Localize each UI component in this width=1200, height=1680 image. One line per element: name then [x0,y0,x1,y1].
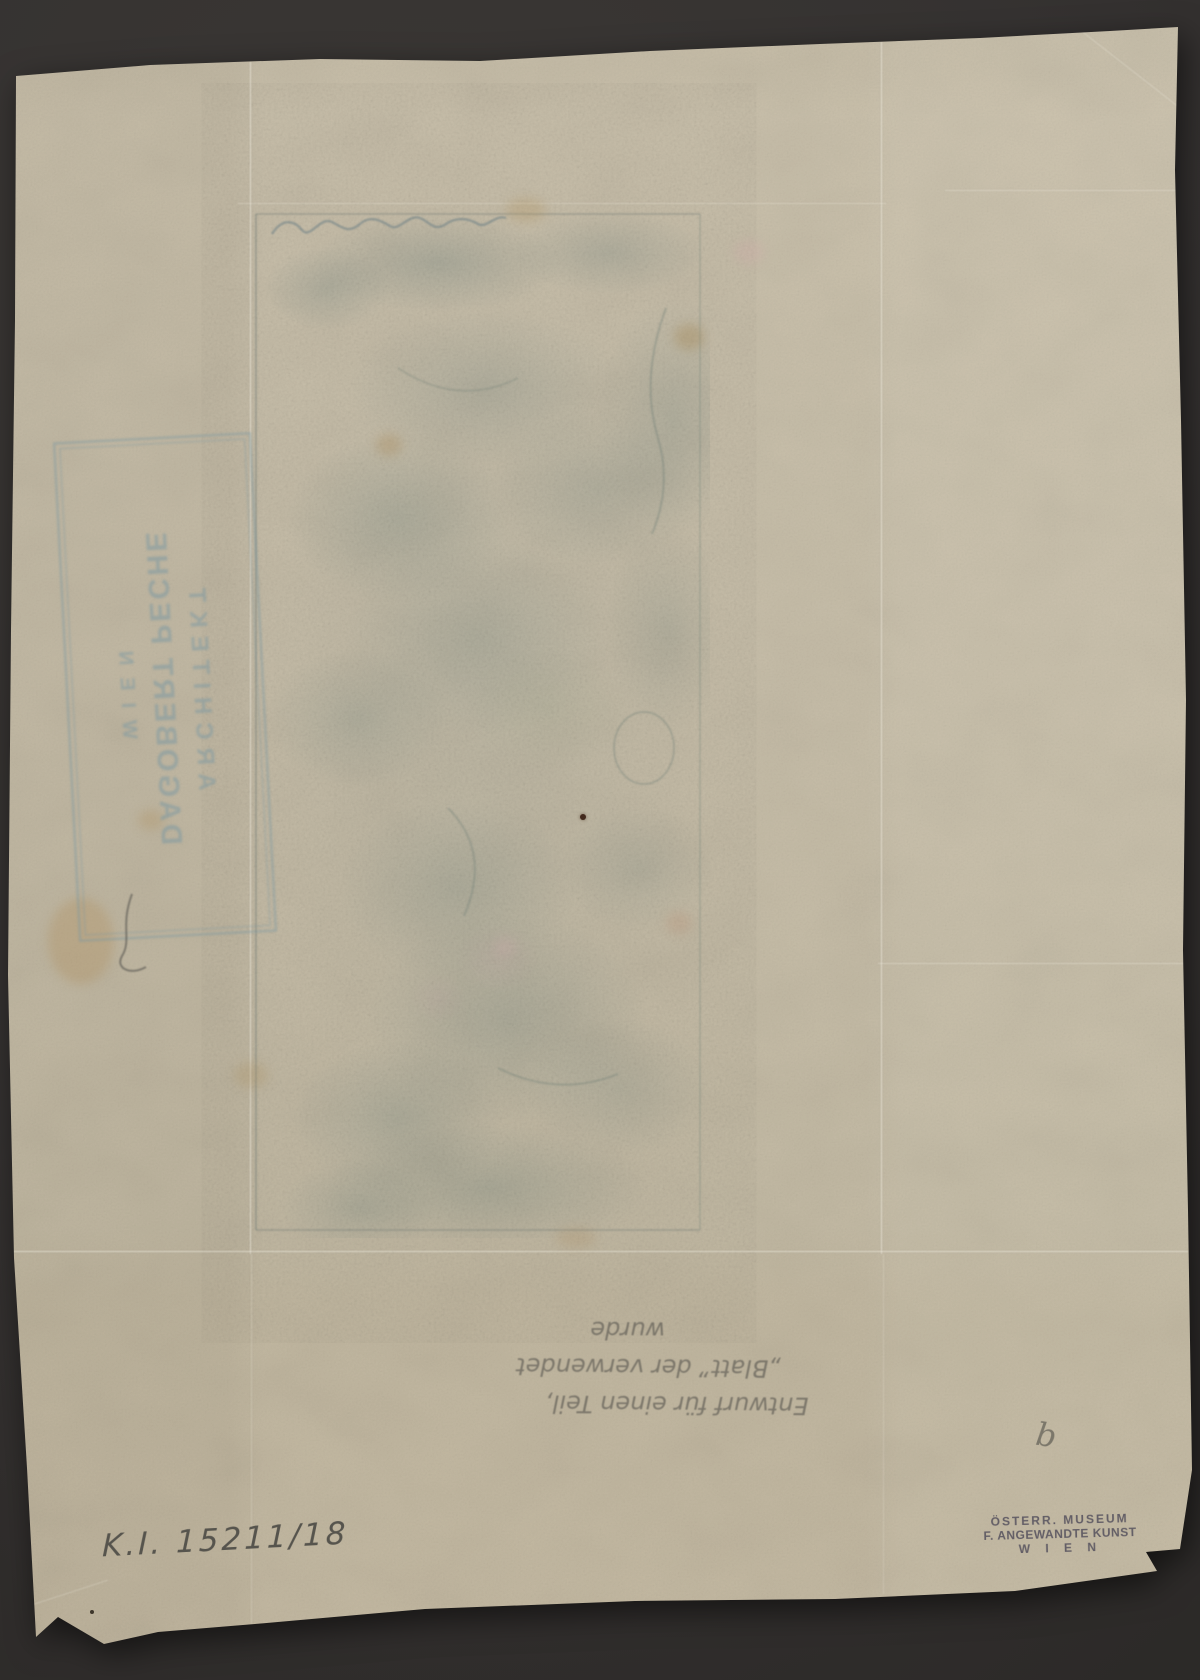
architect-stamp-inner-border [59,438,270,935]
ghost-contour-lines [248,188,710,1238]
stain-small-6 [556,1228,596,1248]
paper-sheet-verso: ARCHITEKT DAGOBERT PECHE WIEN Entwurf fü… [0,0,1200,1680]
crease-vertical-right-lower [882,1254,885,1594]
stain-small-4 [666,912,692,934]
stain-small-7 [506,198,546,222]
crease-vertical-right [880,42,883,1254]
archival-scan: ARCHITEKT DAGOBERT PECHE WIEN Entwurf fü… [0,0,1200,1680]
crease-horizontal-main [12,1250,1188,1253]
architect-stamp-face: ARCHITEKT DAGOBERT PECHE WIEN [53,432,277,942]
handwritten-note-line1: Entwurf für einen Teil, [404,1383,814,1424]
handwritten-note: Entwurf für einen Teil, „Blatt” der verw… [404,1270,815,1424]
crease-vertical-left-lower [250,1254,253,1624]
crease-horizontal-ghost-top [238,202,886,205]
museum-stamp: ÖSTERR. MUSEUM F. ANGEWANDTE KUNST W I E… [974,1512,1145,1558]
stain-small-2 [376,434,402,456]
architect-stamp: ARCHITEKT DAGOBERT PECHE WIEN [53,432,277,942]
handwritten-note-line3: wurde [405,1309,815,1350]
crease-horizontal-right-top [945,189,1185,192]
dark-speck [90,1610,94,1614]
handwritten-note-line2: „Blatt” der verwendet [405,1346,815,1387]
stain-pink-1 [734,240,764,264]
crease-horizontal-right-mid [878,962,1190,965]
paper-shadow: ARCHITEKT DAGOBERT PECHE WIEN Entwurf fü… [0,0,1200,1680]
stain-small-3 [674,324,704,350]
stain-small-5 [234,1062,268,1088]
pencil-flourish [100,888,160,983]
stain-pink-2 [494,938,516,956]
pinhole [580,814,586,820]
